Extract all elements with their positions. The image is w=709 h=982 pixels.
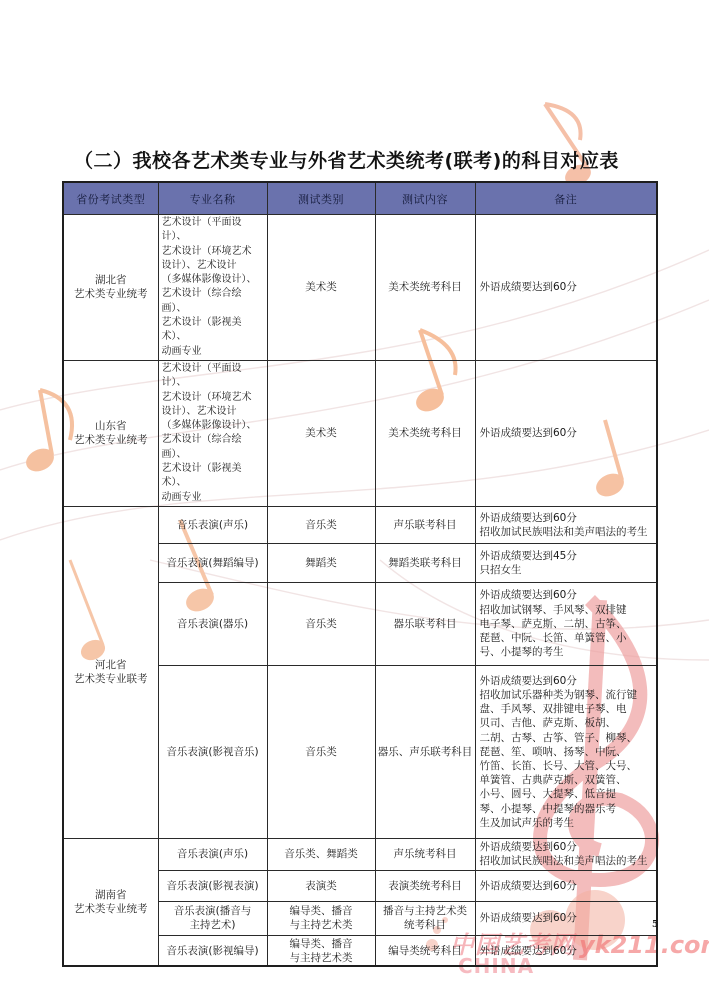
major-line: 艺术设计（平面设计）、 (162, 362, 264, 391)
note-line: 小号、圆号、大提琴、低音提 (480, 787, 653, 801)
content-cell: 美术类统考科目 (375, 215, 475, 361)
province-cell-hubei: 湖北省 艺术类专业统考 (63, 215, 158, 361)
note-line: 外语成绩要达到60分 (480, 280, 653, 294)
major-line: 设计）、艺术设计 (162, 405, 264, 419)
content-cell: 编导类统考科目 (375, 935, 475, 966)
content-cell: 声乐联考科目 (375, 506, 475, 543)
major-line: 主持艺术) (159, 918, 267, 932)
notes-cell: 外语成绩要达到45分 只招女生 (475, 543, 657, 582)
major-cell: 音乐表演(播音与 主持艺术) (158, 901, 267, 935)
major-line: 艺术设计（影视美术）、 (162, 462, 264, 491)
note-line: 盘、手风琴、双排键电子琴、电 (480, 702, 653, 716)
note-line: 外语成绩要达到60分 (480, 911, 653, 925)
major-cell: 音乐表演(器乐) (158, 582, 267, 665)
note-line: 二胡、古琴、古筝、管子、柳琴、 (480, 731, 653, 745)
note-line: 招收加试钢琴、手风琴、双排键 (480, 603, 653, 617)
province-name: 湖北省 (64, 273, 158, 287)
major-cell: 音乐表演(影视编导) (158, 935, 267, 966)
content-line: 播音与主持艺术类 (376, 904, 475, 918)
note-line: 生及加试声乐的考生 (480, 816, 653, 830)
major-line: 艺术设计（综合绘画）、 (162, 287, 264, 316)
note-line: 招收加试民族唱法和美声唱法的考生 (480, 525, 653, 539)
category-line: 与主持艺术类 (268, 918, 375, 932)
major-line: （多媒体影像设计）、 (162, 273, 264, 287)
major-line: 艺术设计（环境艺术 (162, 245, 264, 259)
table-row: 河北省 艺术类专业联考 音乐表演(声乐) 音乐类 声乐联考科目 外语成绩要达到6… (63, 506, 657, 543)
exam-type: 艺术类专业统考 (64, 902, 158, 916)
major-line: 设计）、艺术设计 (162, 259, 264, 273)
subject-mapping-table: 省份考试类型 专业名称 测试类别 测试内容 备注 湖北省 艺术类专业统考 艺术设… (62, 181, 658, 967)
province-name: 河北省 (64, 658, 158, 672)
category-cell: 音乐类 (267, 665, 375, 838)
major-cell: 音乐表演(声乐) (158, 838, 267, 870)
category-cell: 舞蹈类 (267, 543, 375, 582)
exam-type: 艺术类专业统考 (64, 287, 158, 301)
page-number: 5 (652, 920, 658, 930)
notes-cell: 外语成绩要达到60分 招收加试民族唱法和美声唱法的考生 (475, 506, 657, 543)
category-cell: 编导类、播音 与主持艺术类 (267, 935, 375, 966)
note-line: 电子琴、萨克斯、二胡、古筝、 (480, 617, 653, 631)
category-cell: 美术类 (267, 360, 375, 506)
note-line: 外语成绩要达到60分 (480, 944, 653, 958)
major-line: 艺术设计（平面设计）、 (162, 216, 264, 245)
content-cell: 声乐统考科目 (375, 838, 475, 870)
note-line: 外语成绩要达到60分 (480, 426, 653, 440)
exam-type: 艺术类专业统考 (64, 433, 158, 447)
content-cell: 器乐联考科目 (375, 582, 475, 665)
province-name: 山东省 (64, 419, 158, 433)
header-test-content: 测试内容 (375, 182, 475, 215)
province-cell-shandong: 山东省 艺术类专业统考 (63, 360, 158, 506)
table-row: 湖南省 艺术类专业统考 音乐表演(声乐) 音乐类、舞蹈类 声乐统考科目 外语成绩… (63, 838, 657, 870)
notes-cell: 外语成绩要达到60分 招收加试钢琴、手风琴、双排键 电子琴、萨克斯、二胡、古筝、… (475, 582, 657, 665)
category-cell: 音乐类 (267, 506, 375, 543)
note-line: 琵琶、笙、唢呐、扬琴、中阮、 (480, 745, 653, 759)
note-line: 琵琶、中阮、长笛、单簧管、小 (480, 631, 653, 645)
major-cell: 音乐表演(影视音乐) (158, 665, 267, 838)
note-line: 外语成绩要达到60分 (480, 840, 653, 854)
category-cell: 音乐类 (267, 582, 375, 665)
header-test-category: 测试类别 (267, 182, 375, 215)
table-row: 山东省 艺术类专业统考 艺术设计（平面设计）、 艺术设计（环境艺术 设计）、艺术… (63, 360, 657, 506)
note-line: 外语成绩要达到60分 (480, 879, 653, 893)
content-line: 统考科目 (376, 918, 475, 932)
notes-cell: 外语成绩要达到60分 招收加试乐器种类为钢琴、流行键 盘、手风琴、双排键电子琴、… (475, 665, 657, 838)
category-cell: 音乐类、舞蹈类 (267, 838, 375, 870)
note-line: 琴、小提琴、中提琴的器乐考 (480, 802, 653, 816)
note-line: 号、小提琴的考生 (480, 645, 653, 659)
note-line: 外语成绩要达到45分 (480, 549, 653, 563)
province-name: 湖南省 (64, 888, 158, 902)
category-cell: 表演类 (267, 870, 375, 901)
content-cell: 舞蹈类联考科目 (375, 543, 475, 582)
major-cell: 艺术设计（平面设计）、 艺术设计（环境艺术 设计）、艺术设计 （多媒体影像设计）… (158, 215, 267, 361)
notes-cell: 外语成绩要达到60分 招收加试民族唱法和美声唱法的考生 (475, 838, 657, 870)
notes-cell: 外语成绩要达到60分 (475, 870, 657, 901)
note-line: 贝司、吉他、萨克斯、板胡、 (480, 716, 653, 730)
exam-type: 艺术类专业联考 (64, 672, 158, 686)
note-line: 招收加试乐器种类为钢琴、流行键 (480, 688, 653, 702)
category-line: 与主持艺术类 (268, 951, 375, 965)
notes-cell: 外语成绩要达到60分 (475, 935, 657, 966)
header-major-name: 专业名称 (158, 182, 267, 215)
header-notes: 备注 (475, 182, 657, 215)
notes-cell: 外语成绩要达到60分 (475, 901, 657, 935)
major-line: 动画专业 (162, 345, 264, 359)
notes-cell: 外语成绩要达到60分 (475, 360, 657, 506)
category-line: 编导类、播音 (268, 937, 375, 951)
content-cell: 器乐、声乐联考科目 (375, 665, 475, 838)
major-cell: 音乐表演(影视表演) (158, 870, 267, 901)
notes-cell: 外语成绩要达到60分 (475, 215, 657, 361)
category-cell: 美术类 (267, 215, 375, 361)
major-line: 艺术设计（环境艺术 (162, 391, 264, 405)
major-line: 艺术设计（影视美术）、 (162, 316, 264, 345)
content-cell: 播音与主持艺术类 统考科目 (375, 901, 475, 935)
province-cell-hebei: 河北省 艺术类专业联考 (63, 506, 158, 838)
table-header-row: 省份考试类型 专业名称 测试类别 测试内容 备注 (63, 182, 657, 215)
category-line: 编导类、播音 (268, 904, 375, 918)
major-cell: 艺术设计（平面设计）、 艺术设计（环境艺术 设计）、艺术设计 （多媒体影像设计）… (158, 360, 267, 506)
note-line: 只招女生 (480, 563, 653, 577)
major-line: 艺术设计（综合绘画）、 (162, 433, 264, 462)
page-title: （二）我校各艺术类专业与外省艺术类统考(联考)的科目对应表 (74, 146, 619, 173)
table-row: 湖北省 艺术类专业统考 艺术设计（平面设计）、 艺术设计（环境艺术 设计）、艺术… (63, 215, 657, 361)
note-line: 外语成绩要达到60分 (480, 674, 653, 688)
category-cell: 编导类、播音 与主持艺术类 (267, 901, 375, 935)
major-cell: 音乐表演(声乐) (158, 506, 267, 543)
major-line: 动画专业 (162, 491, 264, 505)
major-cell: 音乐表演(舞蹈编导) (158, 543, 267, 582)
province-cell-hunan: 湖南省 艺术类专业统考 (63, 838, 158, 966)
note-line: 单簧管、古典萨克斯、双簧管、 (480, 773, 653, 787)
note-line: 外语成绩要达到60分 (480, 511, 653, 525)
major-line: 音乐表演(播音与 (159, 904, 267, 918)
content-cell: 美术类统考科目 (375, 360, 475, 506)
major-line: （多媒体影像设计）、 (162, 419, 264, 433)
note-line: 竹笛、长笛、长号、大管、大号、 (480, 759, 653, 773)
content-cell: 表演类统考科目 (375, 870, 475, 901)
header-province-exam-type: 省份考试类型 (63, 182, 158, 215)
note-line: 外语成绩要达到60分 (480, 588, 653, 602)
note-line: 招收加试民族唱法和美声唱法的考生 (480, 854, 653, 868)
